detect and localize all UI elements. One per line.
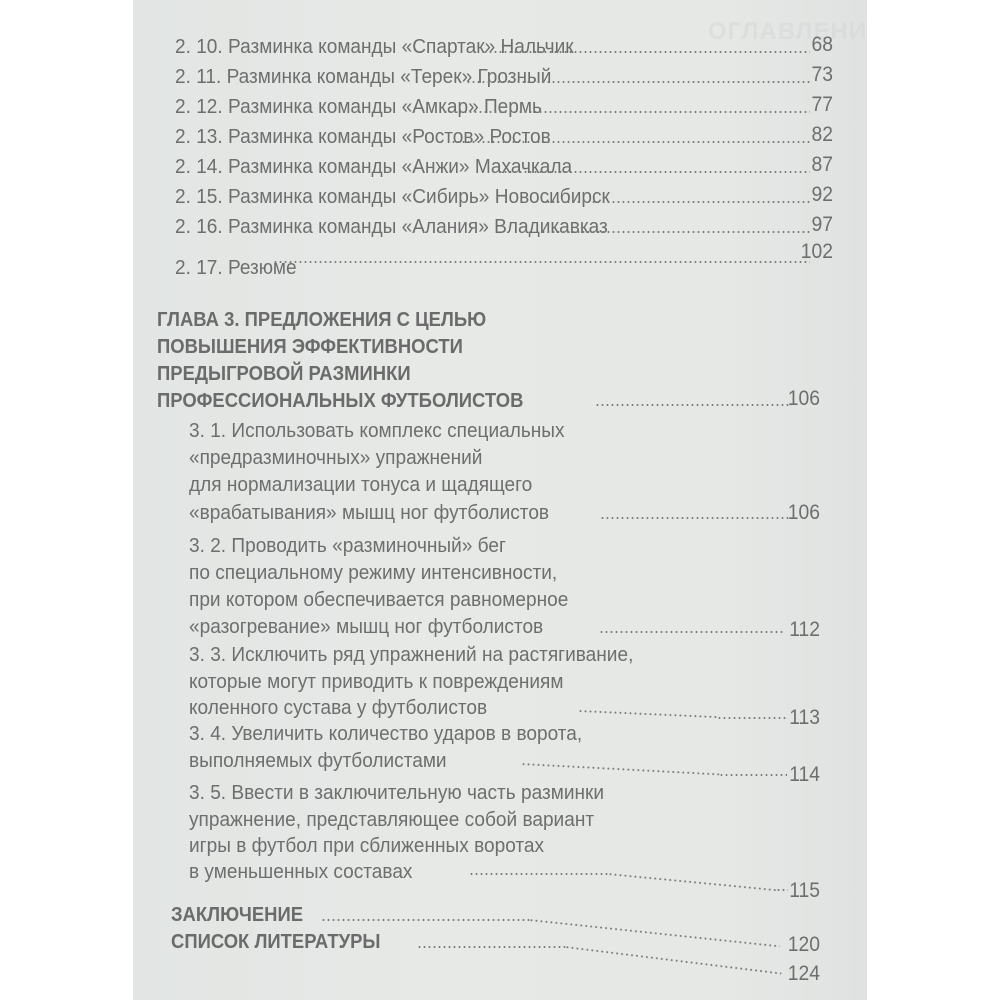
toc-entry-3-2-line-1: 3. 2. Проводить «разминочный» бег xyxy=(189,534,506,558)
toc-entry-3-2-line-4: «разогревание» мышц ног футболистов xyxy=(189,615,543,639)
toc-entry-3-3-line-2: которые могут приводить к повреждениям xyxy=(189,670,563,694)
dot-leader xyxy=(541,231,810,233)
chapter-3-title-line-4: ПРОФЕССИОНАЛЬНЫХ ФУТБОЛИСТОВ xyxy=(157,389,523,413)
page-number: 97 xyxy=(778,213,833,237)
book-page: ОГЛАВЛЕНИЕ 2. 10. Разминка команды «Спар… xyxy=(133,0,867,1000)
dot-leader xyxy=(595,404,792,406)
page-number: 115 xyxy=(765,879,820,903)
dot-leader xyxy=(521,763,721,775)
toc-entry-2-13: 2. 13. Разминка команды «Ростов» Ростов xyxy=(175,125,551,149)
toc-entry-3-1-line-1: 3. 1. Использовать комплекс специальных xyxy=(189,419,565,443)
dot-leader xyxy=(483,51,810,53)
toc-entry-3-3-line-3: коленного сустава у футболистов xyxy=(189,696,487,720)
chapter-3-title-line-3: ПРЕДЫГРОВОЙ РАЗМИНКИ xyxy=(157,362,411,386)
page-number: 106 xyxy=(765,501,820,525)
chapter-3-title-line-2: ПОВЫШЕНИЯ ЭФФЕКТИВНОСТИ xyxy=(157,335,463,359)
toc-entry-3-5-line-2: упражнение, представляющее собой вариант xyxy=(189,808,594,832)
chapter-3-title-line-1: ГЛАВА 3. ПРЕДЛОЖЕНИЯ С ЦЕЛЬЮ xyxy=(157,308,486,332)
dot-leader xyxy=(578,710,718,718)
page-number: 68 xyxy=(778,33,833,57)
toc-entry-3-4-line-1: 3. 4. Увеличить количество ударов в воро… xyxy=(189,722,582,746)
dot-leader xyxy=(443,111,810,113)
dot-leader xyxy=(599,631,785,633)
toc-entry-conclusion: ЗАКЛЮЧЕНИЕ xyxy=(171,903,303,927)
dot-leader xyxy=(541,201,810,203)
toc-entry-2-12: 2. 12. Разминка команды «Амкар» Пермь xyxy=(175,95,542,119)
page-number: 106 xyxy=(765,387,820,411)
page-number: 73 xyxy=(778,63,833,87)
toc-entry-2-14: 2. 14. Разминка команды «Анжи» Махачкала xyxy=(175,155,572,179)
toc-entry-3-2-line-3: при котором обеспечивается равномерное xyxy=(189,588,568,612)
dot-leader xyxy=(321,919,531,921)
dot-leader xyxy=(466,81,810,83)
toc-entry-3-1-line-4: «врабатывания» мышц ног футболистов xyxy=(189,501,549,525)
toc-entry-3-1-line-2: «предразминочных» упражнений xyxy=(189,446,482,470)
page-number: 113 xyxy=(765,706,820,730)
toc-entry-3-2-line-2: по специальному режиму интенсивности, xyxy=(189,561,557,585)
page-number: 82 xyxy=(778,123,833,147)
dot-leader xyxy=(498,171,810,173)
page-number: 92 xyxy=(778,183,833,207)
page-number: 120 xyxy=(765,933,820,957)
dot-leader xyxy=(417,946,567,948)
page-number: 77 xyxy=(778,93,833,117)
page-number: 87 xyxy=(778,153,833,177)
toc-entry-bibliography: СПИСОК ЛИТЕРАТУРЫ xyxy=(171,930,380,954)
dot-leader xyxy=(451,141,810,143)
page-number: 102 xyxy=(778,240,833,264)
toc-entry-2-11: 2. 11. Разминка команды «Терек» Грозный xyxy=(175,65,551,89)
toc-entry-3-5-line-1: 3. 5. Ввести в заключительную часть разм… xyxy=(189,781,604,805)
toc-entry-2-17: 2. 17. Резюме xyxy=(175,256,297,280)
dot-leader xyxy=(273,261,810,263)
dot-leader xyxy=(529,919,780,947)
toc-entry-3-1-line-3: для нормализации тонуса и щадящего xyxy=(189,473,532,497)
dot-leader xyxy=(608,873,777,891)
toc-entry-3-5-line-3: игры в футбол при сближенных воротах xyxy=(189,834,544,858)
toc-entry-2-15: 2. 15. Разминка команды «Сибирь» Новосиб… xyxy=(175,185,610,209)
page-number: 114 xyxy=(765,763,820,787)
page-number: 124 xyxy=(765,962,820,986)
toc-entry-2-10: 2. 10. Разминка команды «Спартак» Нальчи… xyxy=(175,35,574,59)
toc-entry-3-4-line-2: выполняемых футболистами xyxy=(189,749,447,773)
toc-entry-3-3-line-1: 3. 3. Исключить ряд упражнений на растяг… xyxy=(189,643,633,667)
toc-entry-2-16: 2. 16. Разминка команды «Алания» Владика… xyxy=(175,215,608,239)
dot-leader xyxy=(565,946,782,975)
dot-leader xyxy=(600,517,791,519)
page-number: 112 xyxy=(765,618,820,642)
dot-leader xyxy=(469,873,609,875)
toc-entry-3-5-line-4: в уменьшенных составах xyxy=(189,860,412,884)
